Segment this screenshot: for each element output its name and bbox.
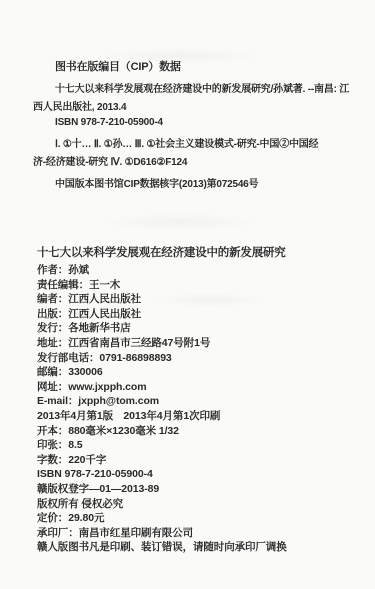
- cip-record-number: 中国版本图书馆CIP数据核字(2013)第072546号: [55, 175, 258, 190]
- colophon-line: 地址：江西省南昌市三经路47号附1号: [37, 336, 287, 351]
- colophon-line: 定价：29.80元: [37, 511, 287, 526]
- cip-classification-line-1: Ⅰ. ①十… Ⅱ. ①孙… Ⅲ. ①社会主义建设模式-研究-中国②中国经: [55, 135, 318, 150]
- cip-heading: 图书在版编目（CIP）数据: [55, 58, 181, 74]
- colophon-line: 编者：江西人民出版社: [37, 292, 287, 307]
- colophon-line: 开本：880毫米×1230毫米 1/32: [37, 424, 287, 439]
- colophon-line: 责任编辑：王一木: [37, 278, 287, 293]
- colophon-line: 印张：8.5: [37, 438, 287, 453]
- colophon-line: 出版：江西人民出版社: [37, 307, 287, 322]
- colophon-line: 版权所有 侵权必究: [37, 497, 287, 512]
- cip-classification-line-2: 济-经济建设-研究 Ⅳ. ①D616②F124: [33, 153, 187, 168]
- colophon-list: 作者：孙斌责任编辑：王一木编者：江西人民出版社出版：江西人民出版社发行：各地新华…: [37, 263, 287, 555]
- book-title: 十七大以来科学发展观在经济建设中的新发展研究: [37, 244, 286, 260]
- colophon-line: 邮编：330006: [37, 365, 287, 380]
- colophon-line: 作者：孙斌: [37, 263, 287, 278]
- book-copyright-page: 图书在版编目（CIP）数据 十七大以来科学发展观在经济建设中的新发展研究/孙斌著…: [0, 0, 375, 589]
- colophon-line: 2013年4月第1版 2013年4月第1次印刷: [37, 409, 287, 424]
- colophon-line: ISBN 978-7-210-05900-4: [37, 467, 287, 482]
- colophon-line: 赣人版图书凡是印刷、装订错误，请随时向承印厂调换: [37, 540, 287, 555]
- colophon-line: 字数：220千字: [37, 453, 287, 468]
- cip-description-line-2: 西人民出版社, 2013.4: [33, 98, 126, 113]
- colophon-line: 发行部电话：0791-86898893: [37, 351, 287, 366]
- colophon-line: 承印厂：南昌市红星印刷有限公司: [37, 526, 287, 541]
- colophon-line: 赣版权登字—01—2013-89: [37, 482, 287, 497]
- cip-isbn: ISBN 978-7-210-05900-4: [55, 117, 163, 128]
- scan-artifact: [100, 213, 260, 231]
- colophon-line: 网址：www.jxpph.com: [37, 380, 287, 395]
- colophon-line: 发行：各地新华书店: [37, 321, 287, 336]
- colophon-line: E-mail：jxpph@tom.com: [37, 394, 287, 409]
- cip-description-line-1: 十七大以来科学发展观在经济建设中的新发展研究/孙斌著. --南昌: 江: [55, 80, 349, 95]
